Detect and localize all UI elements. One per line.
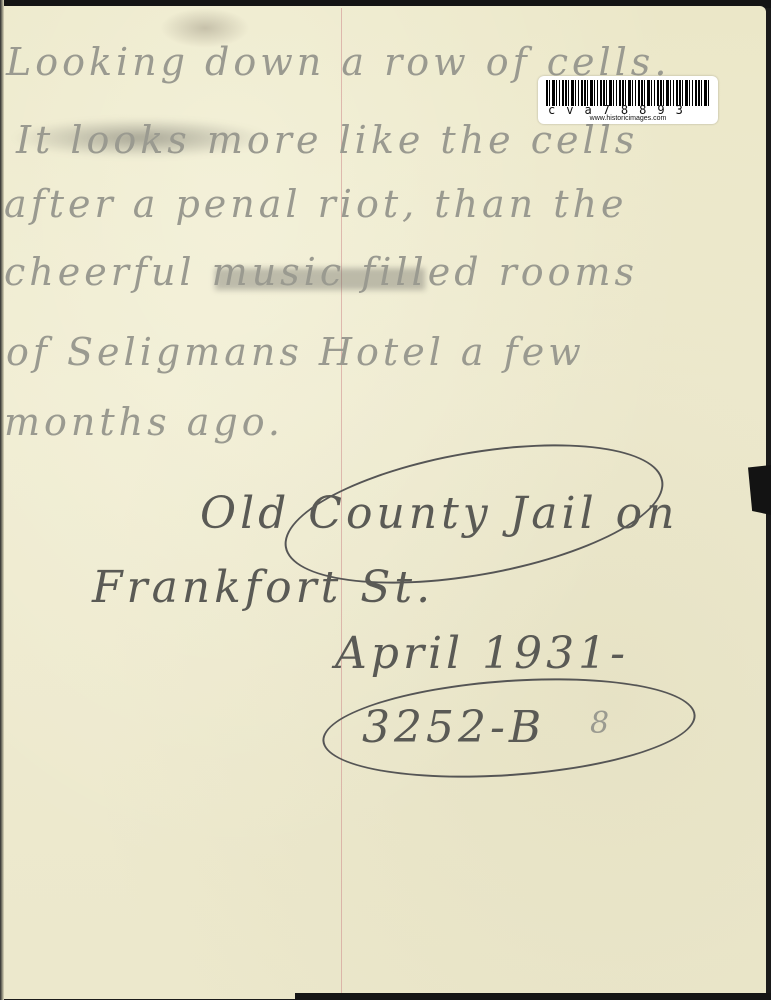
scanner-left-edge bbox=[0, 0, 4, 1000]
reference-number: 3252-B bbox=[362, 702, 545, 753]
caption-line-5: of Seligmans Hotel a few bbox=[6, 330, 585, 374]
caption-line-6: months ago. bbox=[4, 400, 284, 444]
barcode-url: www.historicimages.com bbox=[538, 115, 718, 122]
caption-line-3: after a penal riot, than the bbox=[4, 182, 627, 226]
caption-line-2: It looks more like the cells bbox=[16, 118, 638, 162]
scanner-bottom-edge bbox=[295, 993, 771, 1000]
reference-suffix: 8 bbox=[590, 706, 613, 741]
date-annotation: April 1931- bbox=[335, 628, 629, 679]
barcode-label: cva78893 www.historicimages.com bbox=[538, 76, 718, 124]
location-line-2: Frankfort St. bbox=[92, 562, 434, 613]
caption-line-4: cheerful music filled rooms bbox=[4, 250, 638, 294]
location-line-1: Old County Jail on bbox=[200, 488, 678, 539]
